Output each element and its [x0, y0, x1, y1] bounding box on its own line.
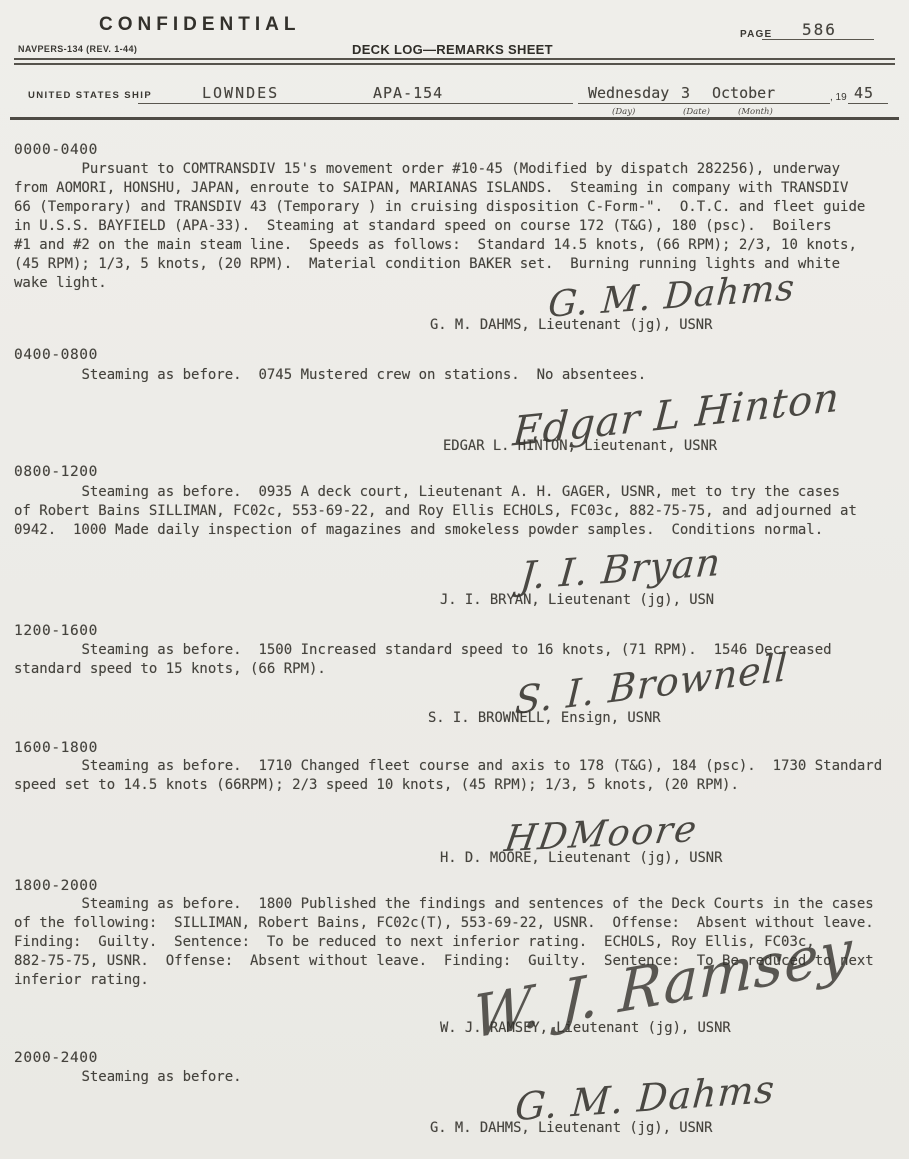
form-number: NAVPERS-134 (REV. 1-44) — [18, 44, 137, 54]
watch-period-heading: 0800-1200 — [14, 464, 98, 480]
month-caption: (Month) — [738, 107, 773, 117]
date-number: 3 — [681, 84, 690, 102]
header-double-rule — [14, 58, 895, 65]
watch-period-heading: 1600-1800 — [14, 740, 98, 756]
watch-period-heading: 1200-1600 — [14, 623, 98, 639]
header-heavy-rule — [10, 117, 899, 120]
year-preprint: , 19 — [830, 92, 847, 103]
officer-signature-line: J. I. BRYAN, Lieutenant (jg), USN — [440, 592, 714, 608]
ship-name: LOWNDES — [202, 84, 279, 102]
signature-script: J. I. Bryan — [518, 540, 723, 598]
year-value: 45 — [854, 84, 874, 102]
day-caption: (Day) — [612, 107, 635, 117]
page-number-underline — [762, 24, 874, 40]
date-caption: (Date) — [683, 107, 710, 117]
log-entry-text: Steaming as before. 0935 A deck court, L… — [14, 483, 902, 540]
classification-stamp: CONFIDENTIAL — [99, 14, 300, 36]
watch-period-heading: 2000-2400 — [14, 1050, 98, 1066]
watch-period-heading: 1800-2000 — [14, 878, 98, 894]
deck-log-page: CONFIDENTIAL PAGE 586 NAVPERS-134 (REV. … — [0, 0, 909, 1159]
log-entry-text: Steaming as before. 1710 Changed fleet c… — [14, 757, 902, 795]
ship-label: UNITED STATES SHIP — [28, 90, 152, 101]
hull-number: APA-154 — [373, 84, 443, 102]
document-title: DECK LOG—REMARKS SHEET — [352, 42, 553, 57]
watch-period-heading: 0000-0400 — [14, 142, 98, 158]
date-month: October — [712, 84, 775, 102]
date-day: Wednesday — [588, 84, 669, 102]
watch-period-heading: 0400-0800 — [14, 347, 98, 363]
